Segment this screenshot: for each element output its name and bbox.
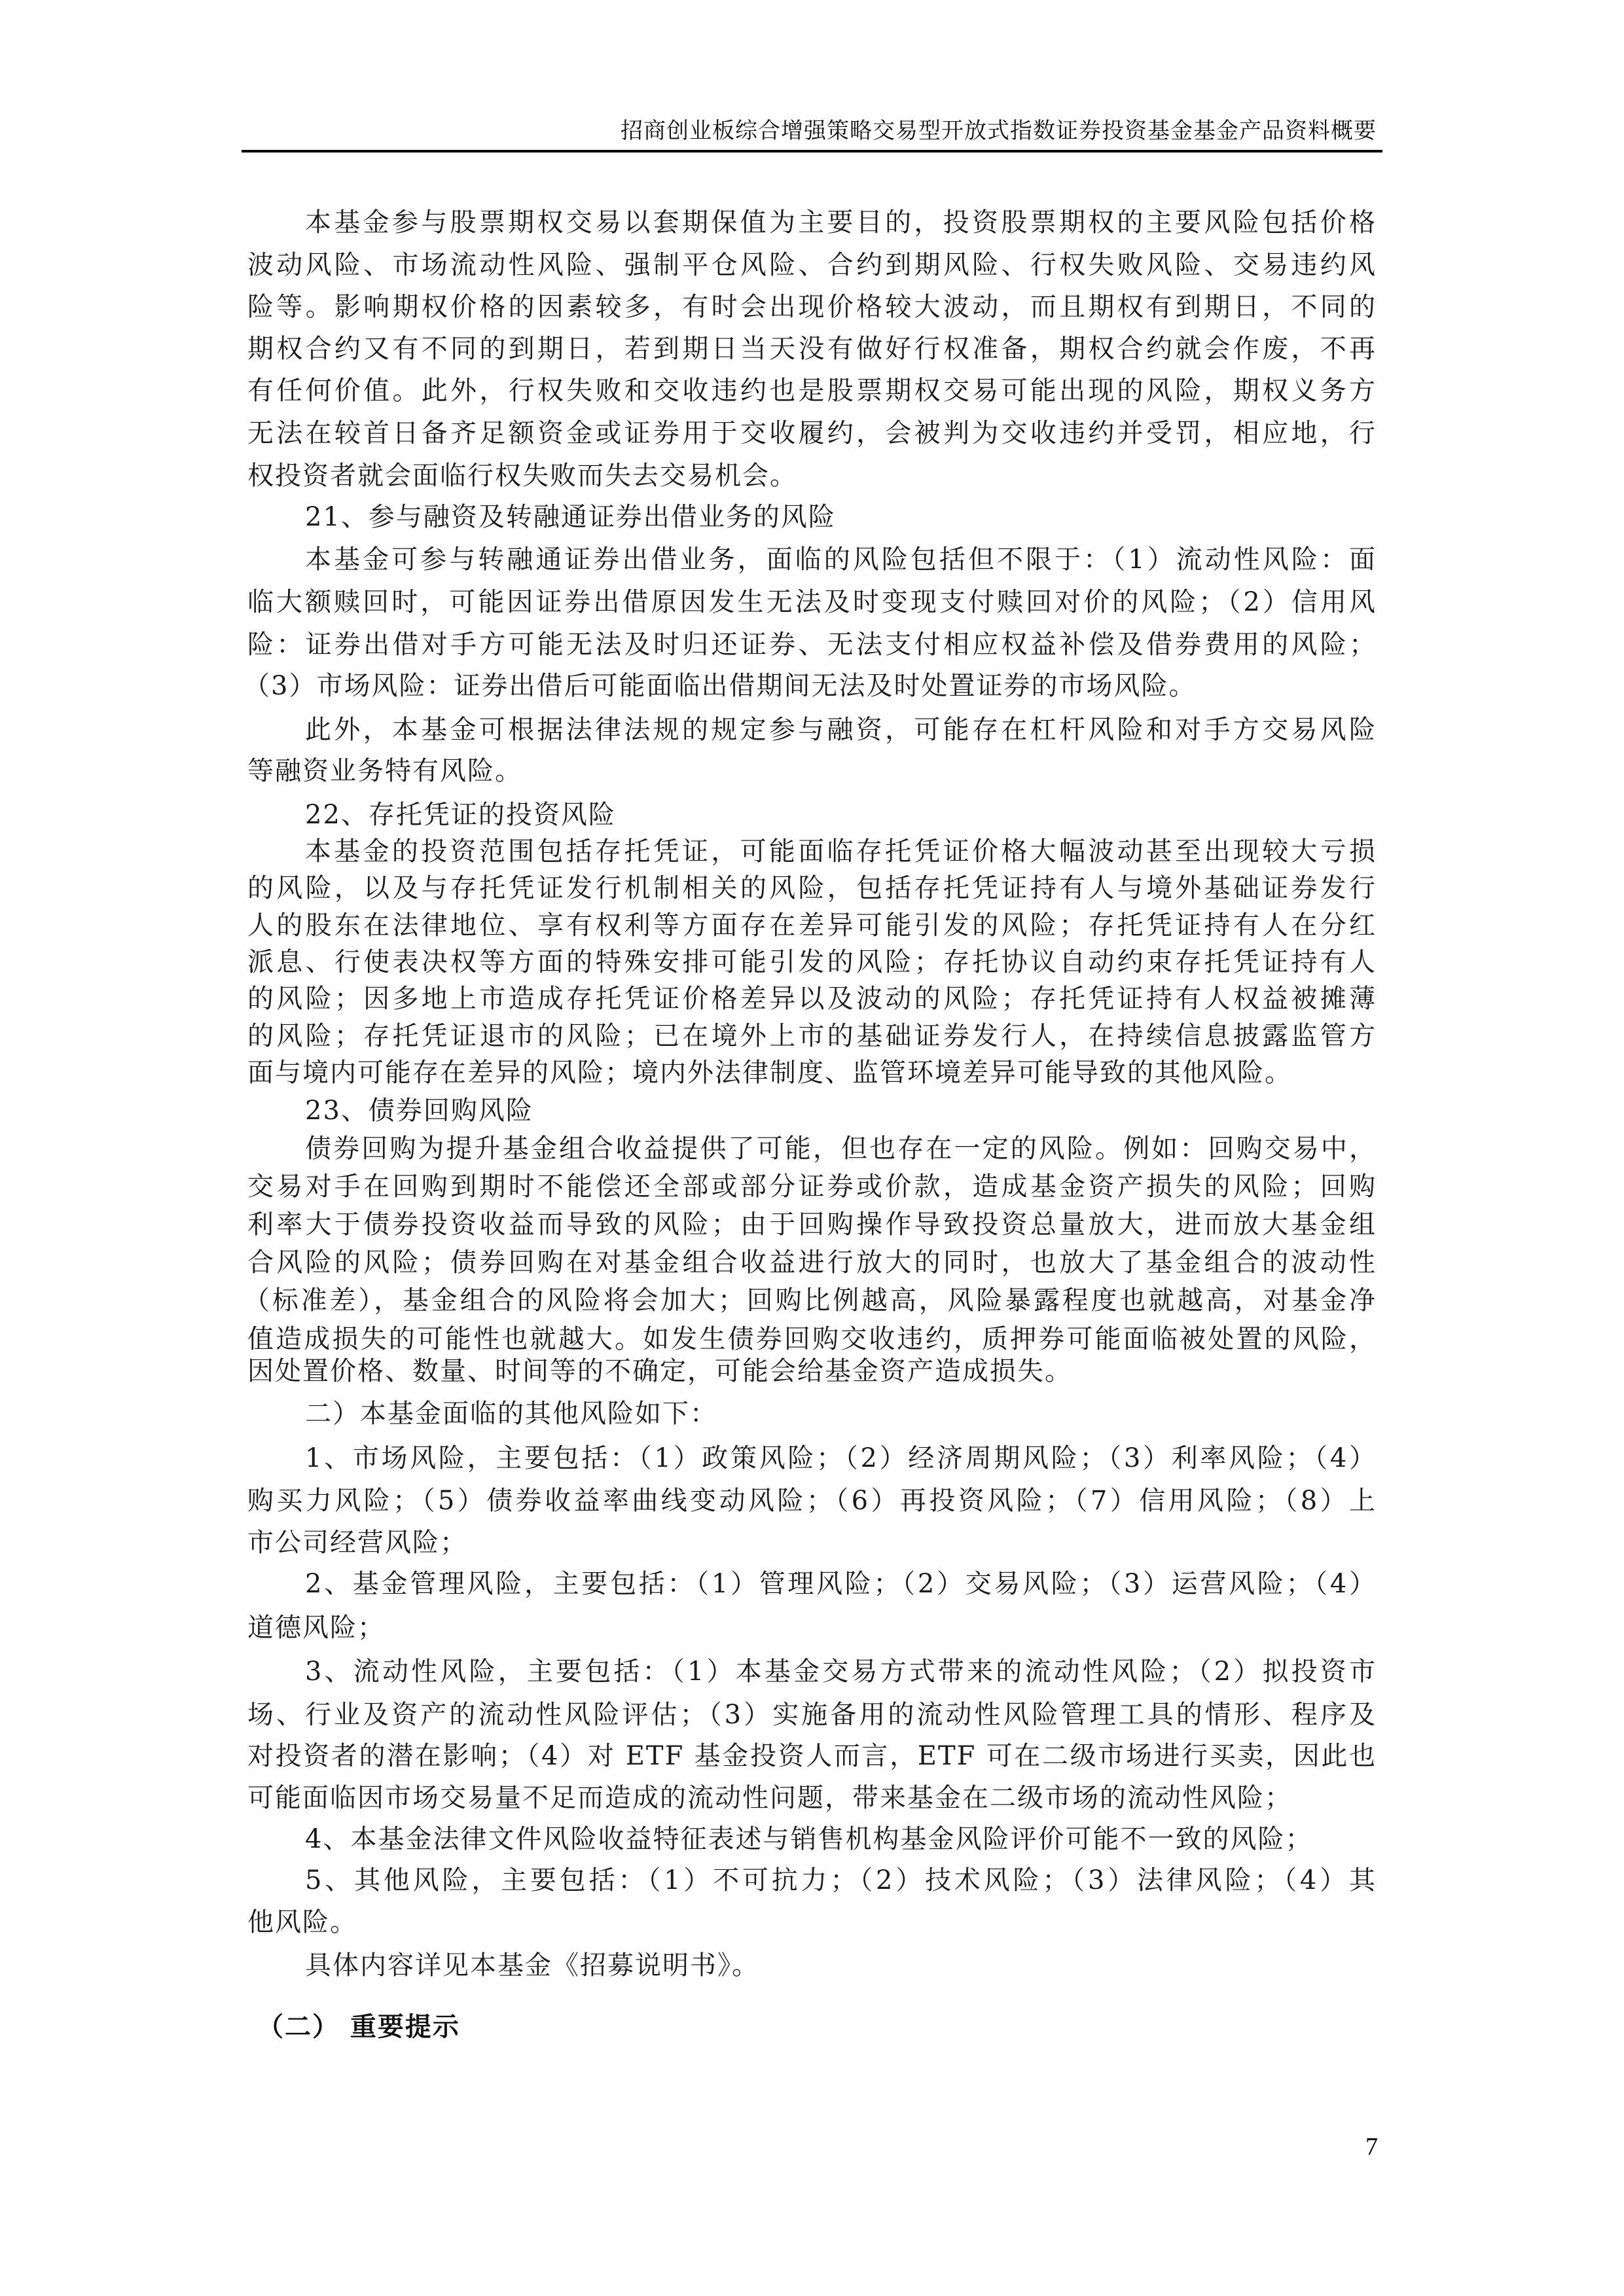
text-line: 险等。影响期权价格的因素较多，有时会出现价格较大波动，而且期权有到期日，不同的 — [247, 291, 1377, 323]
header-title: 招商创业板综合增强策略交易型开放式指数证券投资基金基金产品资料概要 — [621, 118, 1377, 144]
text-line: 派息、行使表决权等方面的特殊安排可能引发的风险；存托协议自动约束存托凭证持有人 — [247, 946, 1377, 978]
text-line: 利率大于债券投资收益而导致的风险；由于回购操作导致投资总量放大，进而放大基金组 — [247, 1208, 1377, 1241]
text-line: 债券回购为提升基金组合收益提供了可能，但也存在一定的风险。例如：回购交易中， — [305, 1132, 1377, 1165]
text-line: 21、参与融资及转融通证券出借业务的风险 — [305, 501, 1377, 533]
text-line: 的风险；存托凭证退市的风险；已在境外上市的基础证券发行人，在持续信息披露监管方 — [247, 1020, 1377, 1052]
text-line: 3、流动性风险，主要包括：（1）本基金交易方式带来的流动性风险；（2）拟投资市 — [305, 1655, 1377, 1688]
text-line: 二）本基金面临的其他风险如下： — [305, 1397, 1377, 1430]
text-line: 4、本基金法律文件风险收益特征表述与销售机构基金风险评价可能不一致的风险； — [305, 1823, 1377, 1856]
text-line: 值造成损失的可能性也就越大。如发生债券回购交收违约，质押券可能面临被处置的风险， — [247, 1323, 1377, 1355]
text-line: 因处置价格、数量、时间等的不确定，可能会给基金资产造成损失。 — [247, 1355, 1377, 1388]
text-line: （标准差），基金组合的风险将会加大；回购比例越高，风险暴露程度也就越高，对基金净 — [244, 1284, 1377, 1317]
header-divider — [242, 150, 1382, 152]
text-line: 市公司经营风险； — [247, 1526, 1377, 1559]
text-line: 险：证券出借对手方可能无法及时归还证券、无法支付相应权益补偿及借券费用的风险； — [247, 628, 1377, 661]
text-line: 本基金的投资范围包括存托凭证，可能面临存托凭证价格大幅波动甚至出现较大亏损 — [305, 835, 1377, 868]
text-line: 权投资者就会面临行权失败而失去交易机会。 — [247, 459, 1377, 492]
text-line: 面与境内可能存在差异的风险；境内外法律制度、监管环境差异可能导致的其他风险。 — [247, 1056, 1377, 1089]
text-line: 22、存托凭证的投资风险 — [305, 798, 1377, 831]
text-line: 交易对手在回购到期时不能偿还全部或部分证券或价款，造成基金资产损失的风险；回购 — [247, 1170, 1377, 1203]
text-line: 期权合约又有不同的到期日，若到期日当天没有做好行权准备，期权合约就会作废，不再 — [247, 332, 1377, 365]
text-line: 对投资者的潜在影响；（4）对 ETF 基金投资人而言，ETF 可在二级市场进行买… — [247, 1740, 1377, 1772]
text-line: 他风险。 — [247, 1906, 1377, 1939]
text-line: 此外，本基金可根据法律法规的规定参与融资，可能存在杠杆风险和对手方交易风险 — [305, 713, 1377, 746]
text-line: 2、基金管理风险，主要包括：（1）管理风险；（2）交易风险；（3）运营风险；（4… — [305, 1568, 1377, 1600]
text-line: 本基金可参与转融通证券出借业务，面临的风险包括但不限于：（1）流动性风险：面 — [305, 543, 1377, 576]
text-line: 临大额赎回时，可能因证券出借原因发生无法及时变现支付赎回对价的风险；（2）信用风 — [247, 586, 1377, 619]
text-line: 23、债券回购风险 — [305, 1094, 1377, 1127]
text-line: 5、其他风险，主要包括：（1）不可抗力；（2）技术风险；（3）法律风险；（4）其 — [305, 1864, 1377, 1897]
text-line: 波动风险、市场流动性风险、强制平仓风险、合约到期风险、行权失败风险、交易违约风 — [247, 249, 1377, 281]
text-line: 本基金参与股票期权交易以套期保值为主要目的，投资股票期权的主要风险包括价格 — [305, 206, 1377, 239]
text-line: 人的股东在法律地位、享有权利等方面存在差异可能引发的风险；存托凭证持有人在分红 — [247, 909, 1377, 942]
page-number: 7 — [1365, 2132, 1378, 2161]
text-line: （3）市场风险：证券出借后可能面临出借期间无法及时处置证券的市场风险。 — [244, 670, 1377, 702]
text-line: 等融资业务特有风险。 — [247, 755, 1377, 787]
text-line: 无法在较首日备齐足额资金或证券用于交收履约，会被判为交收违约并受罚，相应地，行 — [247, 417, 1377, 450]
text-line: 场、行业及资产的流动性风险评估；（3）实施备用的流动性风险管理工具的情形、程序及 — [247, 1698, 1377, 1731]
text-line: 道德风险； — [247, 1611, 1377, 1644]
text-line: 具体内容详见本基金《招募说明书》。 — [305, 1949, 1377, 1982]
text-line: 购买力风险；（5）债券收益率曲线变动风险；（6）再投资风险；（7）信用风险；（8… — [247, 1484, 1377, 1517]
text-line: 的风险，以及与存托凭证发行机制相关的风险，包括存托凭证持有人与境外基础证券发行 — [247, 872, 1377, 905]
text-line: 合风险的风险；债券回购在对基金组合收益进行放大的同时，也放大了基金组合的波动性 — [247, 1246, 1377, 1279]
section-heading-important-notes: （二） 重要提示 — [257, 2011, 460, 2043]
text-line: 的风险；因多地上市造成存托凭证价格差异以及波动的风险；存托凭证持有人权益被摊薄 — [247, 982, 1377, 1015]
text-line: 1、市场风险，主要包括：（1）政策风险；（2）经济周期风险；（3）利率风险；（4… — [305, 1442, 1377, 1475]
text-line: 有任何价值。此外，行权失败和交收违约也是股票期权交易可能出现的风险，期权义务方 — [247, 374, 1377, 407]
document-page: 招商创业板综合增强策略交易型开放式指数证券投资基金基金产品资料概要 本基金参与股… — [0, 0, 1624, 2296]
text-line: 可能面临因市场交易量不足而造成的流动性问题，带来基金在二级市场的流动性风险； — [247, 1782, 1377, 1814]
